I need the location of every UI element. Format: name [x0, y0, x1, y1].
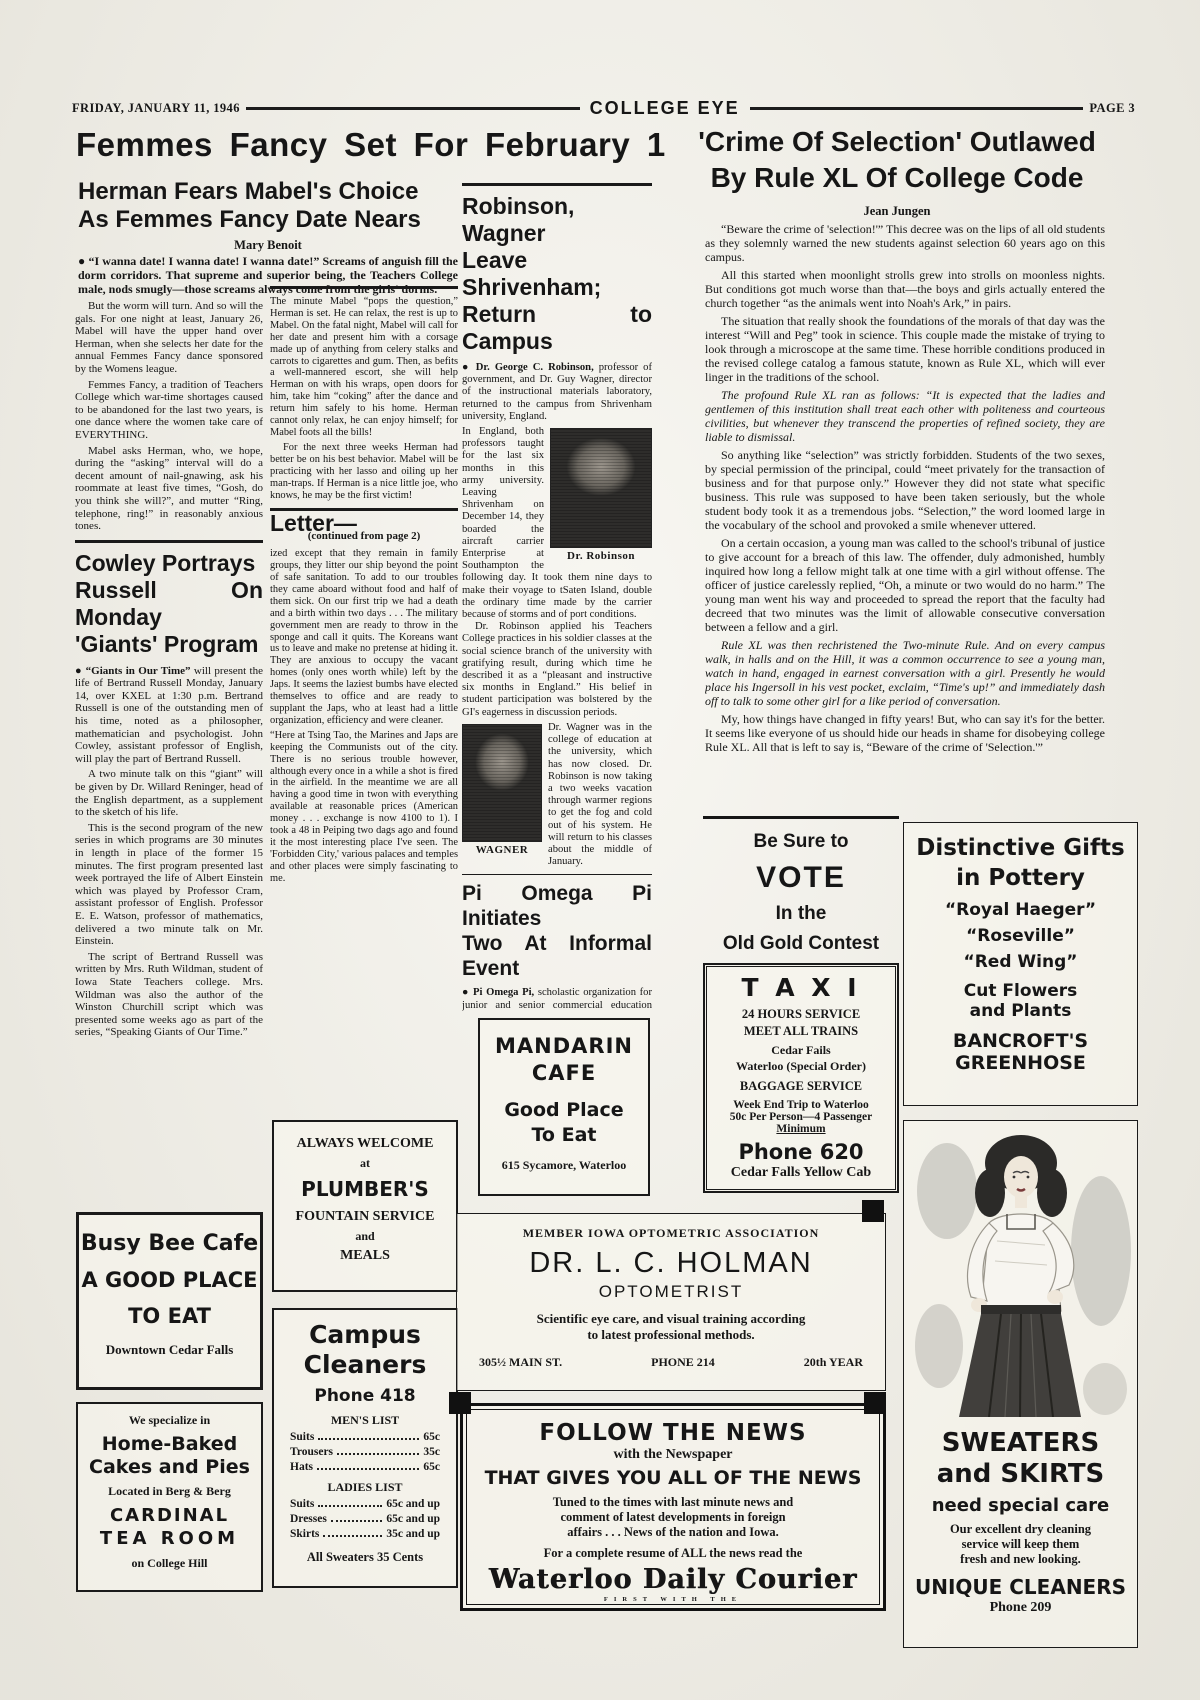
paragraph: ● “Giants in Our Time” will present the … [75, 665, 263, 766]
paragraph: The profound Rule XL ran as follows: “It… [705, 388, 1105, 444]
ad-mandarin-cafe: MANDARIN CAFE Good Place To Eat 615 Syca… [478, 1018, 650, 1196]
paragraph: ● Pi Omega Pi, scholastic organization f… [462, 987, 652, 1011]
paragraph: Dr. Wagner was in the college of educati… [548, 722, 652, 867]
letter-headline: Letter— [270, 518, 458, 530]
holman-phone: PHONE 214 [651, 1355, 715, 1370]
ad-follow-the-news: FOLLOW THE NEWS with the Newspaper THAT … [460, 1403, 886, 1611]
ad-cardinal-tea-room: We specialize in Home-Baked Cakes and Pi… [76, 1402, 263, 1592]
wagner-photo-figure: WAGNER [462, 724, 542, 856]
holman-address: 305½ MAIN ST. [479, 1355, 562, 1370]
price-row: Dresses65c and up [274, 1513, 456, 1525]
section-rule [462, 874, 652, 875]
paragraph: So anything like “selection” was strictl… [705, 448, 1105, 532]
ad-old-gold-vote: Be Sure to VOTE In the Old Gold Contest [703, 816, 899, 967]
crime-headline-line2: By Rule XL Of College Code [656, 160, 1138, 196]
paragraph: Mabel asks Herman, who, we hope, during … [75, 445, 263, 533]
paragraph: Femmes Fancy, a tradition of Teachers Co… [75, 379, 263, 442]
wagner-photo [462, 724, 542, 842]
paragraph: The minute Mabel “pops the question,” He… [270, 296, 458, 439]
ad-holman-optometrist: MEMBER IOWA OPTOMETRIC ASSOCIATION DR. L… [456, 1213, 886, 1391]
paragraph: ized except that they remain in family g… [270, 548, 458, 727]
courier-tagline: FIRST WITH THE [467, 1596, 879, 1603]
courier-nameplate: Waterloo Daily Courier [467, 1564, 879, 1595]
masthead-rule-left [246, 107, 580, 110]
paragraph-with-photo: WAGNER Dr. Wagner was in the college of … [462, 722, 652, 868]
price-row: Suits65c and up [274, 1498, 456, 1510]
price-row: Trousers35c [274, 1446, 456, 1458]
ad-campus-cleaners: Campus Cleaners Phone 418 MEN'S LIST Sui… [272, 1308, 458, 1588]
wagner-photo-caption: WAGNER [462, 844, 542, 856]
holman-year: 20th YEAR [804, 1355, 863, 1370]
section-rule [462, 183, 652, 186]
paragraph: “Beware the crime of 'selection!'” This … [705, 222, 1105, 264]
masthead-page-number: PAGE 3 [1083, 101, 1135, 116]
ad-bancrofts-pottery: Distinctive Gifts in Pottery “Royal Haeg… [903, 822, 1138, 1106]
price-row: Suits65c [274, 1431, 456, 1443]
column-middle: Robinson, Wagner Leave Shrivenham; Retur… [462, 183, 652, 1011]
crime-headline-line1: 'Crime Of Selection' Outlawed [656, 124, 1138, 160]
cowley-headline: Cowley Portrays Russell On Monday 'Giant… [75, 550, 263, 658]
paragraph: Dr. Robinson applied his Teachers Colleg… [462, 621, 652, 719]
registration-square [864, 1392, 886, 1414]
robinson-photo [550, 428, 652, 548]
femmes-byline: Mary Benoit [78, 238, 458, 253]
robinson-photo-caption: Dr. Robinson [550, 550, 652, 562]
price-row: Hats65c [274, 1461, 456, 1473]
crime-byline: Jean Jungen [656, 204, 1138, 219]
fashion-illustration [905, 1121, 1136, 1417]
lead-in: ● Dr. George C. Robinson, [462, 362, 594, 373]
ad-unique-cleaners: SWEATERS and SKIRTS need special care Ou… [903, 1120, 1138, 1648]
paragraph: A two minute talk on this “giant” will b… [75, 768, 263, 818]
lead-in: ● Pi Omega Pi, [462, 987, 534, 998]
paragraph-with-photo: Dr. Robinson In England, both professors… [462, 426, 652, 621]
paragraph: On a certain occasion, a young man was c… [705, 536, 1105, 634]
paragraph: The script of Bertrand Russell was writt… [75, 951, 263, 1039]
registration-square [449, 1392, 471, 1414]
pi-omega-headline: Pi Omega Pi Initiates Two At Informal Ev… [462, 881, 652, 981]
paragraph: But the worm will turn. And so will the … [75, 300, 263, 376]
robinson-photo-figure: Dr. Robinson [550, 428, 652, 562]
paragraph: The situation that really shook the foun… [705, 314, 1105, 384]
ad-plumbers: ALWAYS WELCOME at PLUMBER'S FOUNTAIN SER… [272, 1120, 458, 1292]
section-rule [270, 286, 458, 289]
femmes-subhead: Herman Fears Mabel's Choice As Femmes Fa… [78, 178, 458, 234]
paragraph: ● Dr. George C. Robinson, professor of g… [462, 362, 652, 423]
ad-busy-bee-cafe: Busy Bee Cafe A GOOD PLACE TO EAT Downto… [76, 1212, 263, 1390]
masthead-rule-right [750, 107, 1084, 110]
ad-taxi: T A X I 24 HOURS SERVICE MEET ALL TRAINS… [703, 963, 899, 1193]
paragraph: This is the second program of the new se… [75, 822, 263, 948]
masthead-date: FRIDAY, JANUARY 11, 1946 [72, 101, 246, 116]
section-rule [75, 540, 263, 543]
paragraph: My, how things have changed in fifty yea… [705, 712, 1105, 754]
column-two: The minute Mabel “pops the question,” He… [270, 286, 458, 1110]
femmes-headline: Femmes Fancy Set For February 1 [76, 126, 662, 164]
newspaper-page: FRIDAY, JANUARY 11, 1946 COLLEGE EYE PAG… [0, 0, 1200, 1700]
registration-square [862, 1200, 884, 1222]
column-left: But the worm will turn. And so will the … [75, 300, 263, 1205]
crime-headline: 'Crime Of Selection' Outlawed By Rule XL… [656, 124, 1138, 196]
robinson-headline: Robinson, Wagner Leave Shrivenham; Retur… [462, 193, 652, 355]
price-row: Skirts35c and up [274, 1528, 456, 1540]
crime-article: “Beware the crime of 'selection!'” This … [705, 222, 1105, 810]
paragraph: All this started when moonlight strolls … [705, 268, 1105, 310]
femmes-subhead-line1: Herman Fears Mabel's Choice [78, 178, 458, 206]
femmes-subhead-line2: As Femmes Fancy Date Nears [78, 206, 458, 234]
masthead-title: COLLEGE EYE [580, 98, 750, 119]
masthead: FRIDAY, JANUARY 11, 1946 COLLEGE EYE PAG… [72, 98, 1135, 119]
rule [703, 816, 899, 819]
paragraph: “Here at Tsing Tao, the Marines and Japs… [270, 730, 458, 885]
lead-in: ● “Giants in Our Time” [75, 665, 191, 677]
paragraph: For the next three weeks Herman had bett… [270, 442, 458, 502]
paragraph: Rule XL was then rechristened the Two-mi… [705, 638, 1105, 708]
